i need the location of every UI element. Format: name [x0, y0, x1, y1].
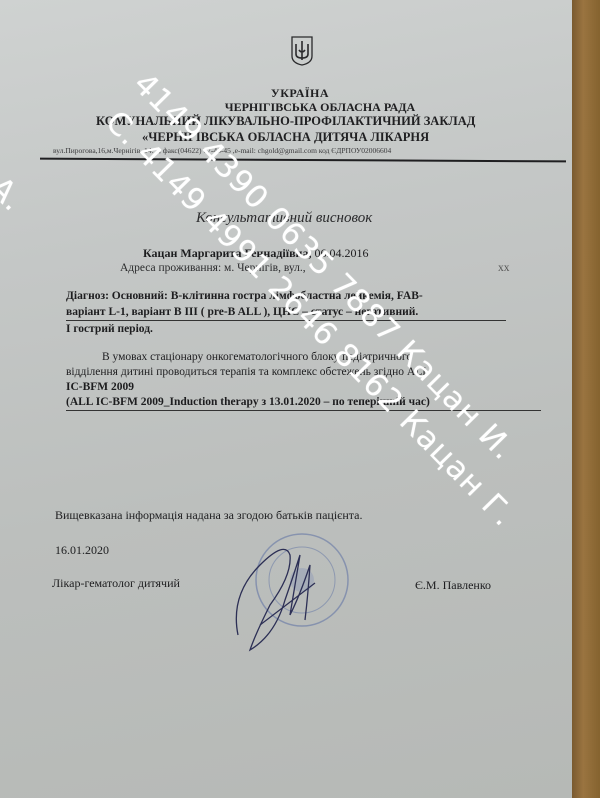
header-council: ЧЕРНІГІВСЬКА ОБЛАСНА РАДА [20, 100, 600, 115]
document-date: 16.01.2020 [55, 543, 109, 558]
signer-role: Лікар-гематолог дитячий [52, 576, 180, 591]
treatment-line-3: IC-BFM 2009 [66, 381, 134, 393]
signer-name: Є.М. Павленко [415, 578, 491, 593]
info-source: Вищевказана інформація надана за згодою … [55, 508, 362, 523]
desk-background [572, 0, 600, 798]
header-divider [40, 158, 566, 163]
document-paper: УКРАЇНА ЧЕРНІГІВСЬКА ОБЛАСНА РАДА КОМУНА… [0, 0, 572, 798]
address-tail: хх [498, 262, 510, 274]
trident-crest-icon [291, 36, 313, 66]
treatment-line-1: В умовах стаціонару онкогематологічного … [66, 350, 526, 365]
stamp-and-signature-icon [230, 525, 360, 655]
header-country: УКРАЇНА [0, 86, 600, 101]
